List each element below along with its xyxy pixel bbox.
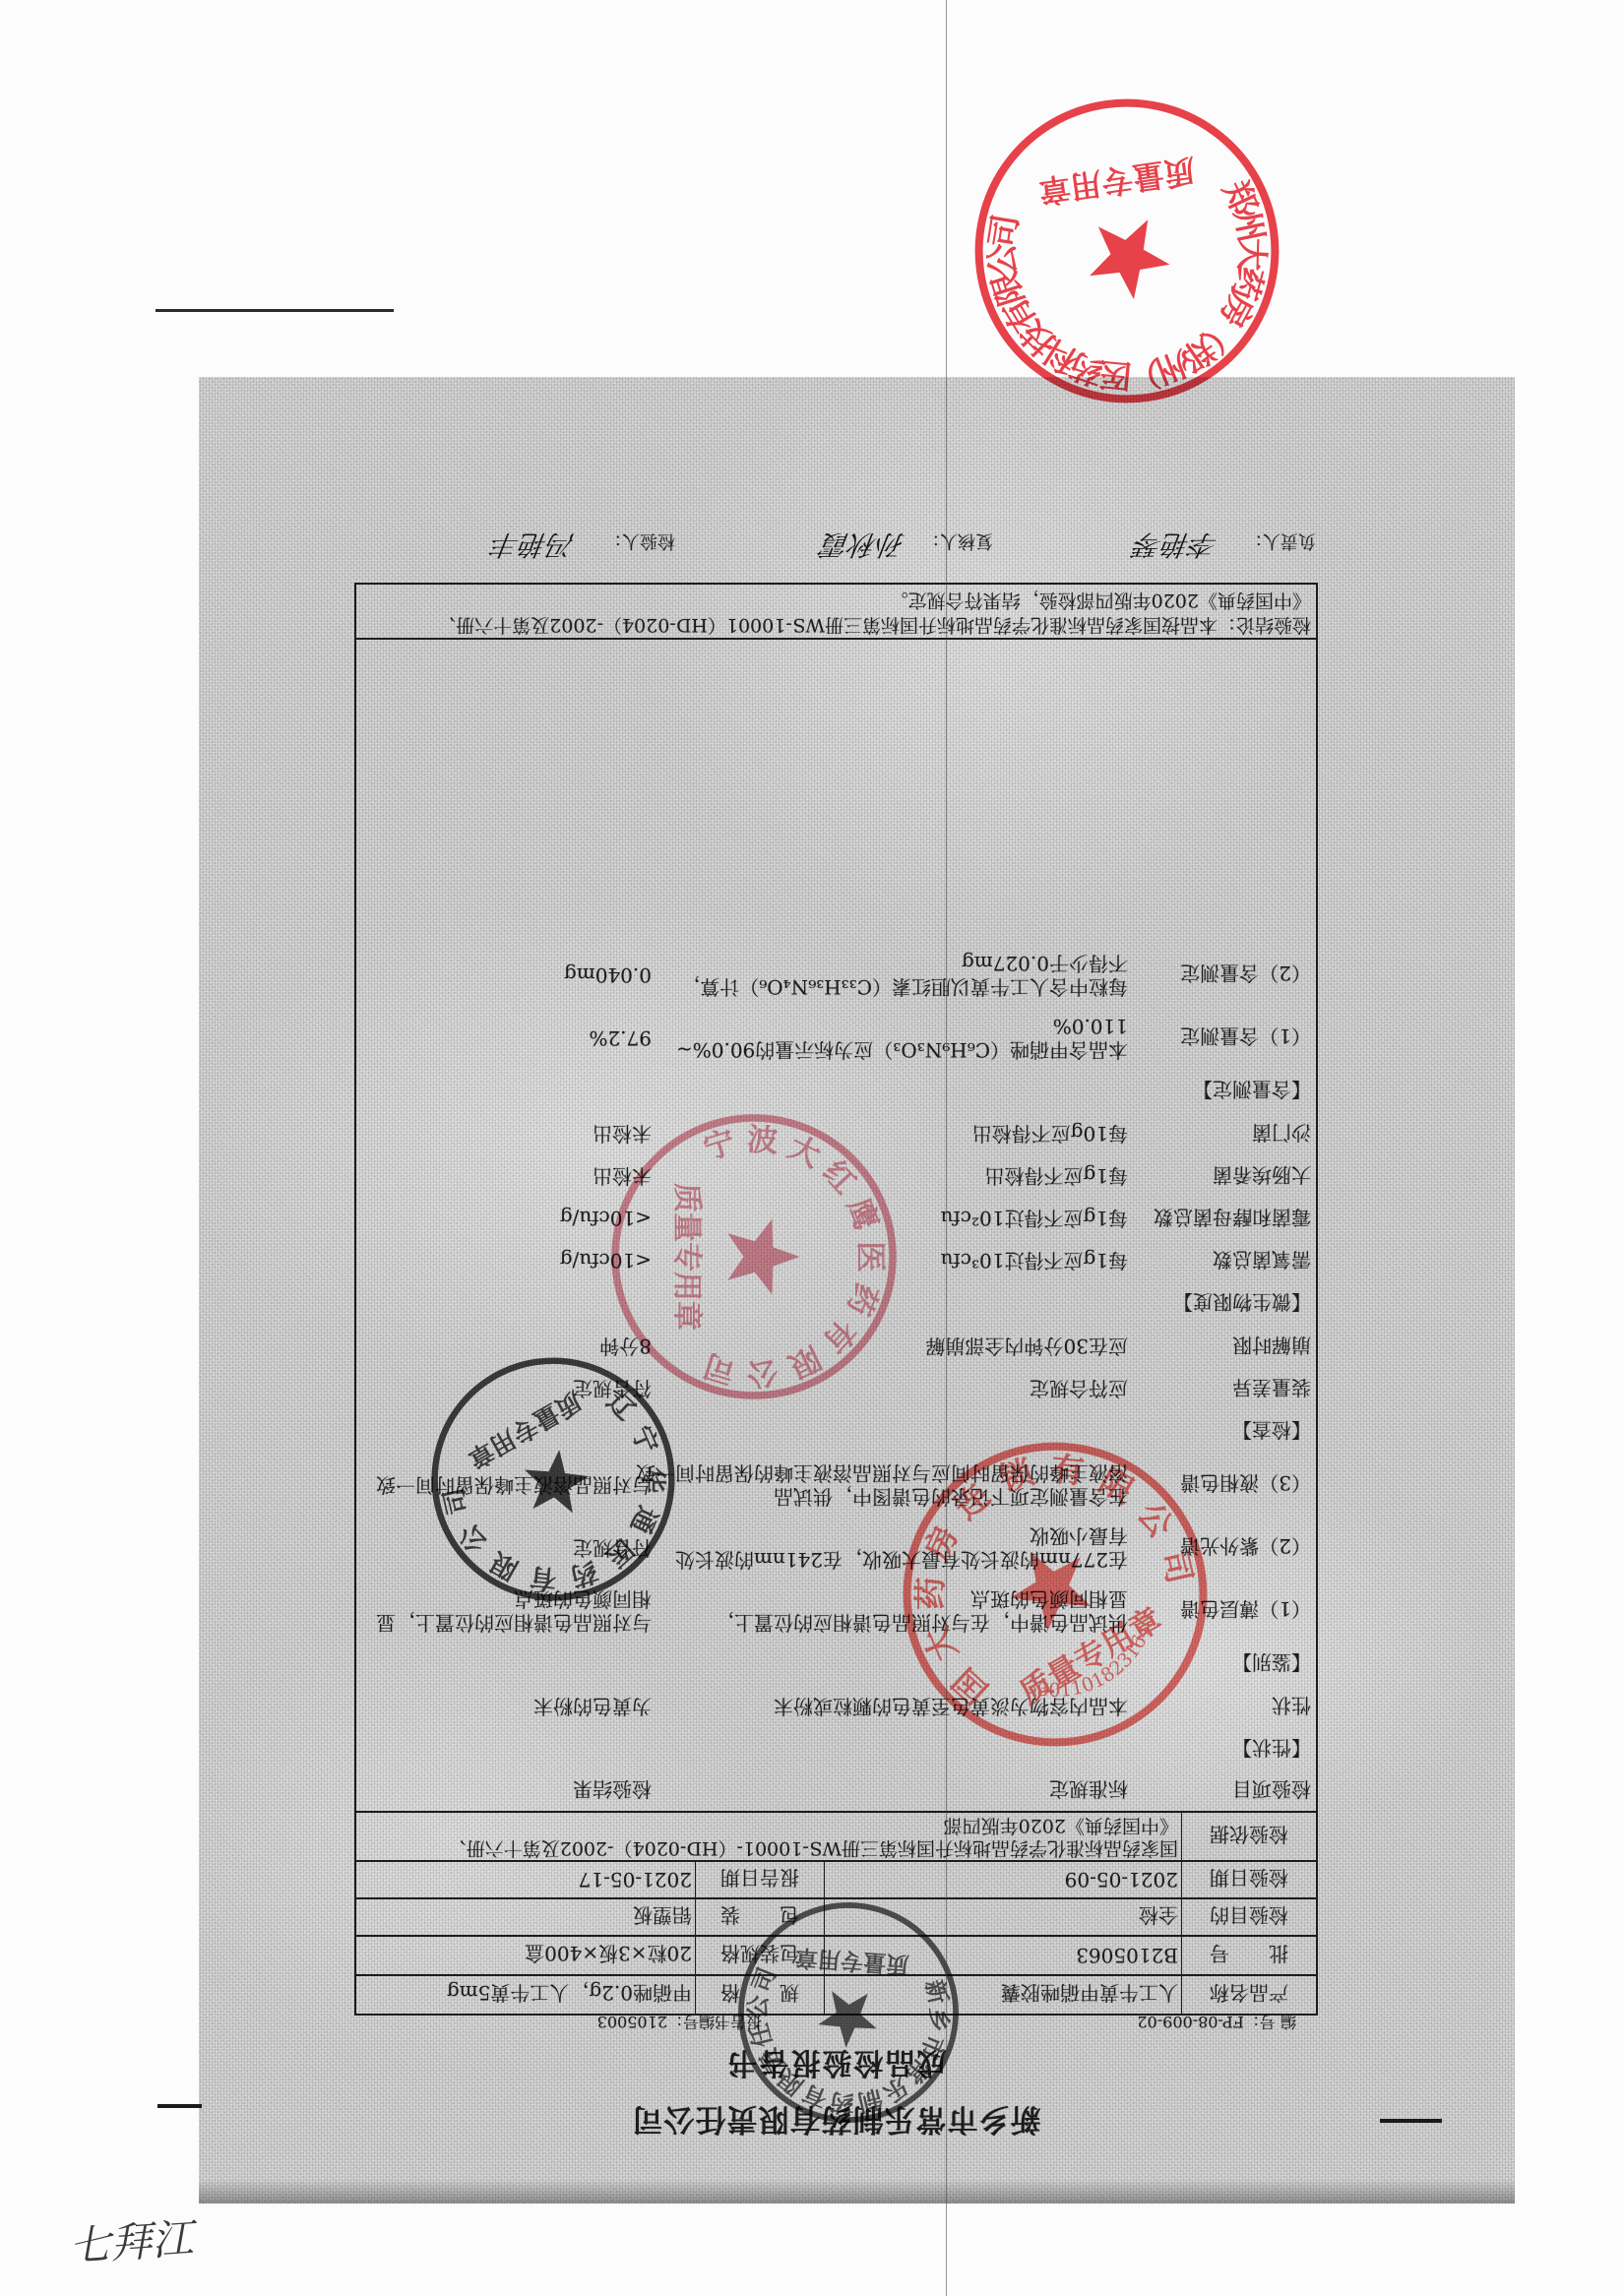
conclusion-line: 《中国药典》2020年版四部检验，结果符合规定。 xyxy=(356,588,1311,612)
test-result: 0.040mg xyxy=(356,963,652,987)
seal-center-text: 质量专用章 xyxy=(463,1385,587,1474)
test-item: 装量差异 xyxy=(1128,1375,1316,1403)
section-heading-row: 【性状】 xyxy=(356,1728,1316,1771)
result-row: （2）含量测定每粒中含人工牛黄以胆红素（C₃₃H₃₆N₄O₆）计算，不得少于0.… xyxy=(356,944,1316,1007)
margin-rule xyxy=(156,309,394,312)
test-result: 97.2% xyxy=(356,1026,652,1050)
result-line: 97.2% xyxy=(356,1026,652,1050)
star-icon xyxy=(817,1990,879,2050)
seal-center-text: 质量专用章 xyxy=(669,1183,704,1331)
star-icon xyxy=(1083,217,1173,305)
field-label: 检验日期 xyxy=(1181,1862,1316,1897)
seal-graphic: 宁波大红鹰医药有限公司 质量专用章 xyxy=(606,1109,902,1404)
section-title: 【检查】 xyxy=(1128,1418,1316,1447)
signature-label-approver: 负责人： xyxy=(1245,529,1316,555)
result-line: 为黄色的粉末 xyxy=(356,1696,652,1719)
test-item: 崩解时限 xyxy=(1128,1333,1316,1361)
test-item: 霉菌和酵母菌总数 xyxy=(1128,1205,1316,1233)
test-item: （2）含量测定 xyxy=(1128,962,1316,990)
test-item: （1）含量测定 xyxy=(1128,1024,1316,1053)
inspection-basis-value: 国家药品标准化学药品地标升国标第三册WS-10001-（HD-0204）-200… xyxy=(356,1813,1181,1860)
scan-mark xyxy=(1380,2119,1442,2123)
field-value: 20粒×3板×400盒 xyxy=(356,1937,695,1974)
seal-stamp: 新乡市常乐制药有限责任公司 质量专用章 xyxy=(726,1891,970,2135)
standard-line: 不得少于0.027mg xyxy=(652,952,1128,975)
inverted-report-sheet: 新乡市常乐制药有限责任公司 成品检验报告书 编 号：FP-08-009-02 报… xyxy=(0,0,1624,2296)
seal-center-text: 质量专用章 xyxy=(1036,152,1198,211)
results-header-row: 检验项目 标准规定 检验结果 xyxy=(356,1771,1316,1811)
star-icon xyxy=(727,1218,799,1294)
field-value: 铝塑板 xyxy=(356,1899,695,1935)
seal-center-text: 质量专用章 xyxy=(794,1944,910,1978)
section-heading-row: 【含量测定】 xyxy=(356,1070,1316,1113)
signature-inspector: 冯艳丰 xyxy=(489,527,578,566)
inspection-conclusion: 检验结论：本品按国家药品标准化学药品地标升国标第三册WS-10001（HD-02… xyxy=(356,585,1316,640)
standard-requirement: 每粒中含人工牛黄以胆红素（C₃₃H₃₆N₄O₆）计算，不得少于0.027mg xyxy=(652,952,1128,999)
test-result: 为黄色的粉末 xyxy=(356,1696,652,1719)
basis-line: 《中国药典》2020年版四部 xyxy=(944,1814,1178,1836)
signature-label-inspector: 检验人： xyxy=(604,529,675,555)
standard-line: 每粒中含人工牛黄以胆红素（C₃₃H₃₆N₄O₆）计算， xyxy=(652,975,1128,999)
result-line: 0.040mg xyxy=(356,963,652,987)
field-value: 甲硝唑0.2g，人工牛黄5mg xyxy=(356,1976,695,2014)
seal-graphic: 郑州大药房（郑州）医药科技有限公司 质量专用章 xyxy=(949,73,1304,428)
star-icon xyxy=(514,1444,600,1529)
field-value: 2021-05-17 xyxy=(356,1862,695,1897)
column-header-item: 检验项目 xyxy=(1128,1777,1316,1806)
field-label: 产品名称 xyxy=(1181,1976,1316,2014)
field-value: 2021-05-09 xyxy=(824,1862,1181,1897)
test-item: 需氧菌总数 xyxy=(1128,1247,1316,1275)
scan-mark xyxy=(157,2104,202,2108)
signature-approver: 李艳琴 xyxy=(1132,527,1220,566)
info-row: 检验日期2021-05-09报告日期2021-05-17 xyxy=(356,1860,1316,1897)
seal-stamp: 郑州大药房（郑州）医药科技有限公司 质量专用章 xyxy=(949,73,1304,428)
fold-line xyxy=(946,0,947,2296)
seal-stamp: 宁波大红鹰医药有限公司 质量专用章 xyxy=(606,1109,902,1404)
signature-reviewer: 孙秋霞 xyxy=(819,527,907,566)
standard-line: 本品含甲硝唑（C₆H₉N₃O₃）应为标示量的90.0%~ xyxy=(652,1038,1128,1062)
handwritten-note: 七拜江 xyxy=(67,2206,195,2274)
field-label: 批 号 xyxy=(1181,1937,1316,1974)
standard-requirement: 本品含甲硝唑（C₆H₉N₃O₃）应为标示量的90.0%~110.0% xyxy=(652,1015,1128,1062)
basis-line: 国家药品标准化学药品地标升国标第三册WS-10001-（HD-0204）-200… xyxy=(448,1836,1178,1859)
result-row: （1）含量测定本品含甲硝唑（C₆H₉N₃O₃）应为标示量的90.0%~110.0… xyxy=(356,1007,1316,1070)
test-item: 大肠埃希菌 xyxy=(1128,1162,1316,1191)
conclusion-line: 检验结论：本品按国家药品标准化学药品地标升国标第三册WS-10001（HD-02… xyxy=(356,612,1311,637)
field-label: 检验依据 xyxy=(1181,1813,1316,1860)
seal-graphic: 新乡市常乐制药有限责任公司 质量专用章 xyxy=(726,1891,970,2135)
section-title: 【微生物限度】 xyxy=(1128,1290,1316,1319)
column-header-standard: 标准规定 xyxy=(652,1777,1128,1806)
test-item: 沙门菌 xyxy=(1128,1120,1316,1148)
section-title: 【性状】 xyxy=(1128,1736,1316,1765)
inspection-basis-row: 检验依据国家药品标准化学药品地标升国标第三册WS-10001-（HD-0204）… xyxy=(356,1811,1316,1860)
star-icon xyxy=(996,1531,1104,1639)
section-title: 【含量测定】 xyxy=(1128,1078,1316,1106)
standard-line: 110.0% xyxy=(652,1015,1128,1038)
column-header-result: 检验结果 xyxy=(356,1777,652,1806)
document-image: 新乡市常乐制药有限责任公司 成品检验报告书 编 号：FP-08-009-02 报… xyxy=(0,0,1624,2296)
field-label: 检验目的 xyxy=(1181,1899,1316,1935)
signature-label-reviewer: 复核人： xyxy=(922,529,993,555)
